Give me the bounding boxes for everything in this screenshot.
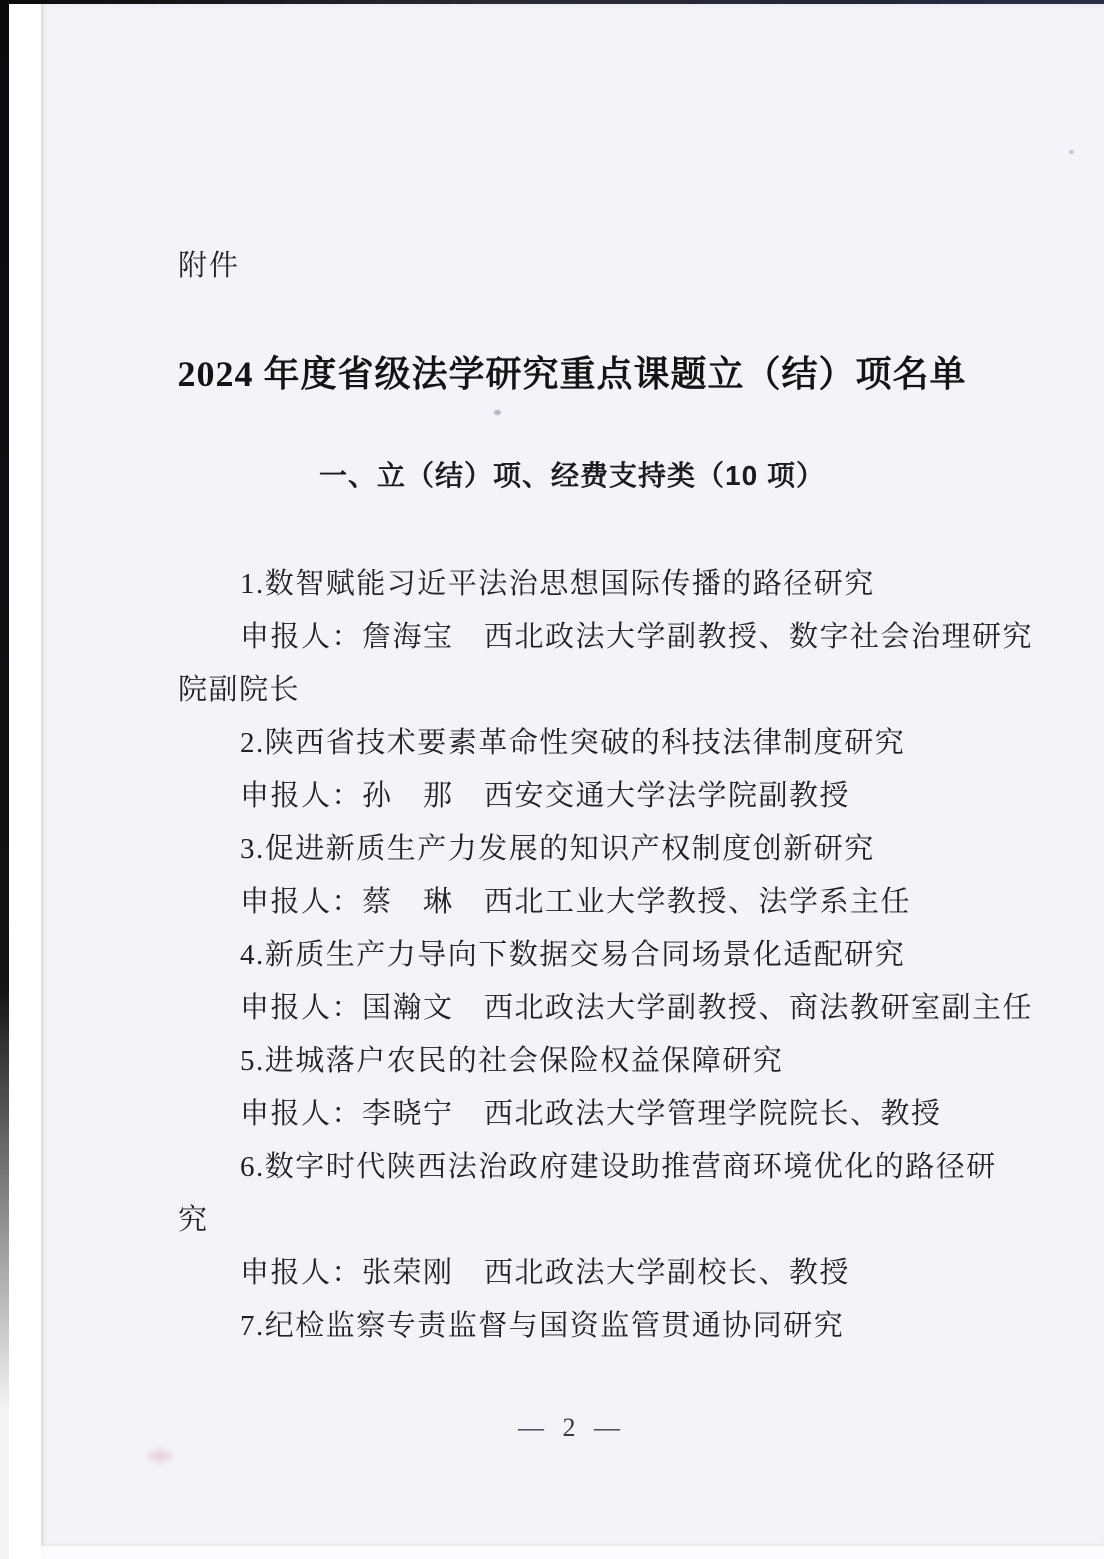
- project-title-line: 3.促进新质生产力发展的知识产权制度创新研究: [178, 823, 1058, 876]
- applicant-line: 申报人：詹海宝 西北政法大学副教授、数字社会治理研究: [178, 611, 1058, 664]
- document-body: 1.数智赋能习近平法治思想国际传播的路径研究 申报人：詹海宝 西北政法大学副教授…: [178, 558, 1058, 1353]
- project-title-line-continuation: 究: [178, 1194, 1058, 1247]
- applicant-line: 申报人：蔡 琳 西北工业大学教授、法学系主任: [178, 876, 1058, 929]
- scan-speck: [494, 410, 501, 415]
- project-title-line: 7.纪检监察专责监督与国资监管贯通协同研究: [178, 1300, 1058, 1353]
- applicant-line-continuation: 院副院长: [178, 664, 1058, 717]
- applicant-line: 申报人：张荣刚 西北政法大学副校长、教授: [178, 1247, 1058, 1300]
- project-title-line: 4.新质生产力导向下数据交易合同场景化适配研究: [178, 929, 1058, 982]
- project-title-line: 2.陕西省技术要素革命性突破的科技法律制度研究: [178, 717, 1058, 770]
- document-title: 2024 年度省级法学研究重点课题立（结）项名单: [40, 348, 1104, 400]
- applicant-line: 申报人：李晓宁 西北政法大学管理学院院长、教授: [178, 1088, 1058, 1141]
- scan-smudge: [143, 1446, 177, 1466]
- applicant-line: 申报人：孙 那 西安交通大学法学院副教授: [178, 770, 1058, 823]
- scan-speck: [1069, 150, 1074, 154]
- scan-bottom-margin: [41, 1546, 1104, 1559]
- attachment-label: 附件: [178, 248, 240, 284]
- project-title-line: 6.数字时代陕西法治政府建设助推营商环境优化的路径研: [178, 1141, 1058, 1194]
- project-title-line: 1.数智赋能习近平法治思想国际传播的路径研究: [178, 558, 1058, 611]
- scan-left-edge: [0, 0, 9, 1412]
- scan-left-margin: [9, 4, 41, 1559]
- section-heading: 一、立（结）项、经费支持类（10 项）: [40, 452, 1104, 500]
- project-title-line: 5.进城落户农民的社会保险权益保障研究: [178, 1035, 1058, 1088]
- applicant-line: 申报人：国瀚文 西北政法大学副教授、商法教研室副主任: [178, 982, 1058, 1035]
- page-number: — 2 —: [40, 1408, 1104, 1448]
